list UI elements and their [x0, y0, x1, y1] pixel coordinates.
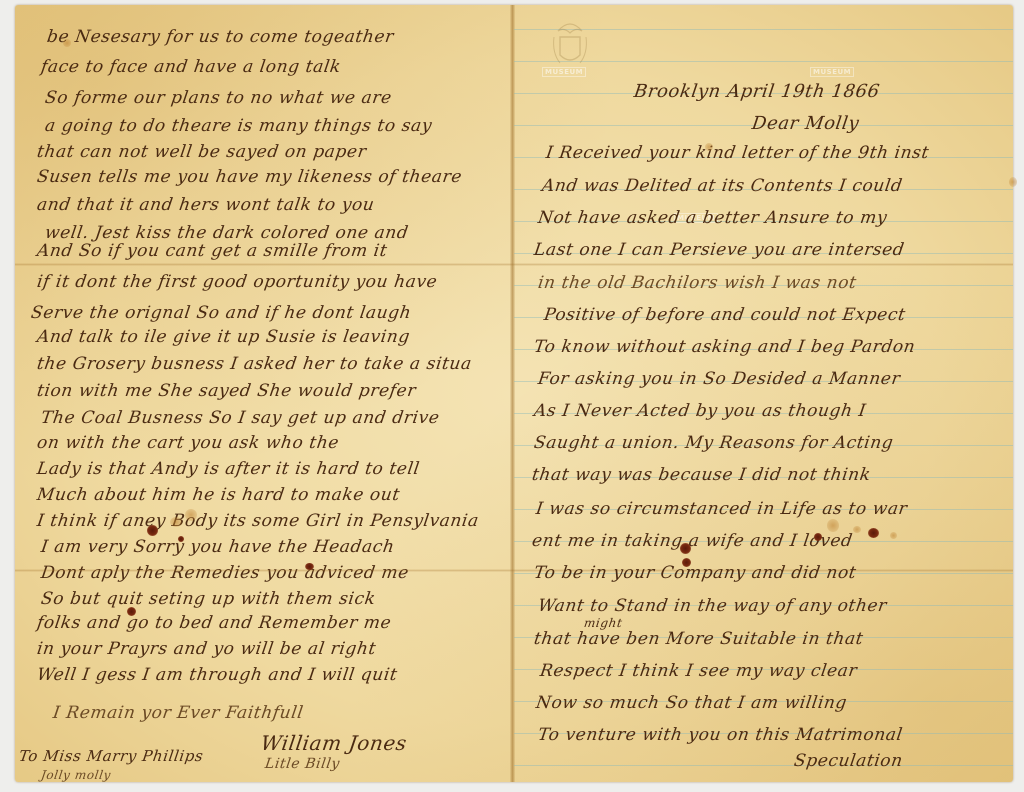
ink-stain: [680, 543, 691, 554]
letter-line: folks and go to bed and Remember me: [36, 615, 393, 632]
letter-line: So forme our plans to no what we are: [44, 90, 393, 107]
letter-line: the Grosery busness I asked her to take …: [36, 356, 473, 373]
water-stain: [827, 519, 839, 532]
letter-line: on with the cart you ask who the: [36, 435, 340, 452]
signature-nickname: Litle Billy: [264, 757, 341, 771]
letter-line: And talk to ile give it up Susie is leav…: [36, 329, 411, 346]
letter-line: Lady is that Andy is after it is hard to…: [36, 461, 421, 478]
right-page: MUSEUM MUSEUM MUSEUM Brooklyn April 19th…: [514, 5, 1013, 782]
letter-line: in your Prayrs and yo will be al right: [36, 641, 377, 658]
ink-stain: [868, 528, 879, 538]
letter-line: ent me in taking a wife and I loved: [531, 533, 854, 550]
letter-line: Well I gess I am through and I will quit: [36, 667, 399, 684]
ink-stain: [682, 558, 691, 567]
letter-line: I am very Sorry you have the Headach: [40, 539, 396, 556]
place-date: Brooklyn April 19th 1866: [633, 83, 881, 101]
letter-line: So but quit seting up with them sick: [40, 591, 377, 608]
water-stain: [170, 517, 182, 527]
letter-line: The Coal Busness So I say get up and dri…: [40, 410, 441, 427]
letter-line: that have ben More Suitable in that: [533, 631, 865, 648]
letter-line: tion with me She sayed She would prefer: [36, 383, 417, 400]
insertion-note: might: [583, 617, 623, 629]
addressee-nickname: Jolly molly: [40, 769, 112, 781]
letter-line: be Nesesary for us to come togeather: [46, 29, 395, 46]
letter-line: and that it and hers wont talk to you: [36, 197, 376, 214]
water-stain: [63, 39, 71, 47]
water-stain: [890, 532, 897, 539]
letter-line: As I Never Acted by you as though I: [533, 403, 867, 420]
letter-line: For asking you in So Desided a Manner: [537, 371, 902, 388]
salutation: Dear Molly: [751, 115, 861, 133]
letter-line: To know without asking and I beg Pardon: [533, 339, 917, 356]
letter-line: that way was because I did not think: [531, 467, 872, 484]
letter-line: a going to do theare is many things to s…: [44, 118, 433, 135]
museum-watermark: MUSEUM: [810, 67, 854, 77]
letter-line: Dont aply the Remedies you adviced me: [40, 565, 410, 582]
letter-closing: I Remain yor Ever Faithfull: [52, 705, 305, 722]
addressee: To Miss Marry Phillips: [18, 749, 204, 764]
letter-line: Want to Stand in the way of any other: [537, 598, 888, 615]
letter-line: Much about him he is hard to make out: [36, 487, 401, 504]
letter-line: Respect I think I see my way clear: [539, 663, 859, 680]
water-stain: [705, 143, 713, 151]
letter-line: And was Delited at its Contents I could: [541, 178, 904, 195]
ink-stain: [814, 533, 822, 541]
water-stain: [185, 509, 197, 521]
water-stain: [1009, 177, 1017, 187]
letter-line: And So if you cant get a smille from it: [36, 243, 389, 260]
letter-line: I think if aney Body its some Girl in Pe…: [36, 513, 480, 530]
signature: William Jones: [260, 733, 409, 753]
letter-line: I was so circumstanced in Life as to war: [535, 501, 909, 518]
letter-line: face to face and have a long talk: [40, 59, 342, 76]
letter-paper: be Nesesary for us to come togeather fac…: [15, 5, 1013, 782]
letter-line: well. Jest kiss the dark colored one and: [44, 225, 410, 242]
letter-line: Now so much So that I am willing: [535, 695, 848, 712]
letter-line: that can not well be sayed on paper: [36, 144, 368, 161]
museum-watermark: MUSEUM: [542, 67, 586, 77]
ink-stain: [178, 536, 184, 542]
left-page: be Nesesary for us to come togeather fac…: [15, 5, 512, 782]
letter-line: To be in your Company and did not: [533, 565, 858, 582]
letter-line: To venture with you on this Matrimonal: [537, 727, 904, 744]
letter-line: Saught a union. My Reasons for Acting: [533, 435, 895, 452]
letter-line: I Received your kind letter of the 9th i…: [545, 145, 930, 162]
letter-line: Last one I can Persieve you are intersed: [533, 242, 906, 259]
letter-line: if it dont the first good oportunity you…: [36, 274, 439, 291]
letter-line: Not have asked a better Ansure to my: [537, 210, 888, 227]
closing-word: Speculation: [793, 753, 904, 770]
letter-line: Serve the orignal So and if he dont laug…: [30, 305, 413, 322]
ink-stain: [127, 607, 136, 616]
letter-line: in the old Bachilors wish I was not: [537, 275, 858, 292]
water-stain: [853, 526, 861, 533]
letter-line: Susen tells me you have my likeness of t…: [36, 169, 463, 186]
letter-line: Positive of before and could not Expect: [543, 307, 907, 324]
ink-stain: [147, 525, 158, 536]
